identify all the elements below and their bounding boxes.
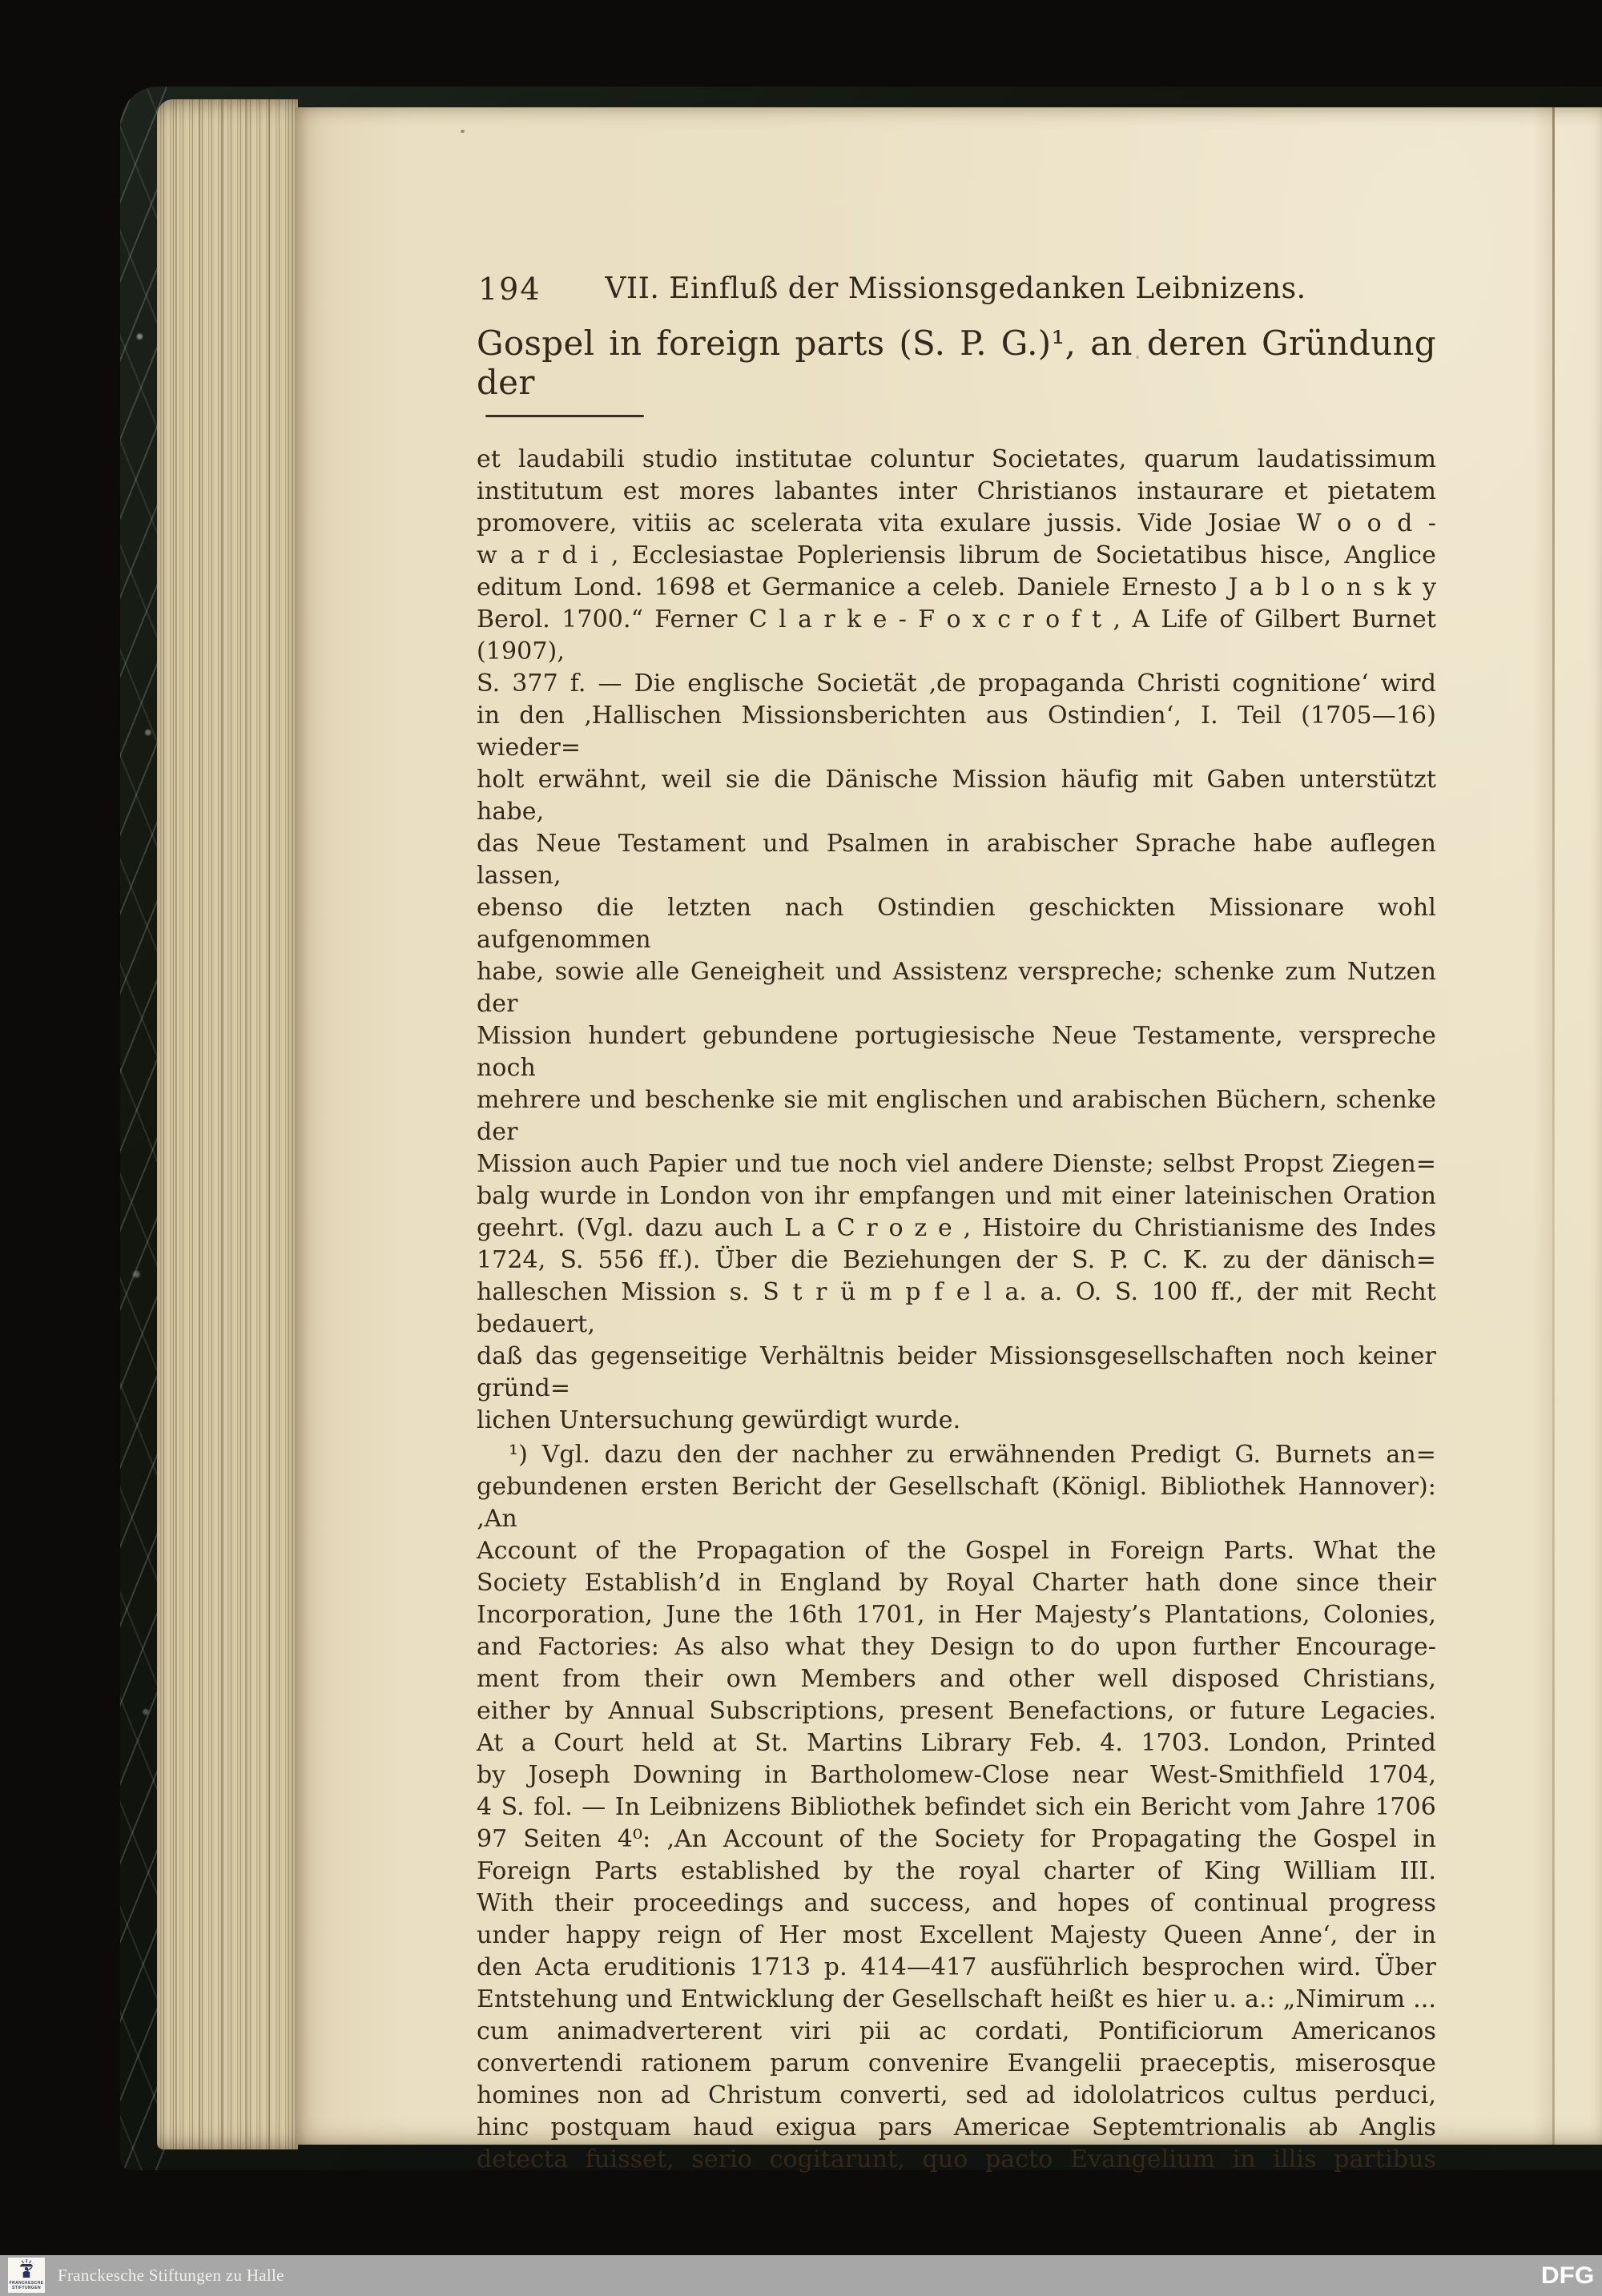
footnote-line: balg wurde in London von ihr empfangen u… [477, 1180, 1436, 1212]
footnote-line: homines non ad Christum converti, sed ad… [477, 2080, 1436, 2112]
institution-logo-text-line2: STIFTUNGEN [12, 2286, 41, 2291]
footnote-block: et laudabili studio institutae coluntur … [477, 444, 1436, 2176]
footer-institution-label: Franckesche Stiftungen zu Halle [58, 2255, 284, 2296]
footnote-line: and Factories: As also what they Design … [477, 1631, 1436, 1663]
footnote-line: lichen Untersuchung gewürdigt wurde. [477, 1405, 1436, 1437]
footnote-line: 1724, S. 556 ff.). Über die Beziehungen … [477, 1245, 1436, 1277]
footnote-line: holt erwähnt, weil sie die Dänische Miss… [477, 764, 1436, 828]
footnote-line: convertendi rationem parum convenire Eva… [477, 2048, 1436, 2080]
footnote-line: et laudabili studio institutae coluntur … [477, 444, 1436, 476]
footnote-line: daß das gegenseitige Verhältnis beider M… [477, 1341, 1436, 1405]
running-header-row: 194 VII. Einfluß der Missionsgedanken Le… [477, 271, 1435, 311]
gutter-shading [1533, 107, 1554, 2145]
paper-speck [461, 130, 465, 133]
footnote-line: ebenso die letzten nach Ostindien geschi… [477, 892, 1436, 956]
footnote-line: habe, sowie alle Geneigheit und Assisten… [477, 956, 1436, 1020]
footnote-continuation-paragraph: et laudabili studio institutae coluntur … [477, 444, 1436, 1437]
footnote-line: hinc postquam haud exigua pars Americae … [477, 2112, 1436, 2144]
footnote-line: cum animadverterent viri pii ac cordati,… [477, 2016, 1436, 2048]
gutter-crease [1552, 107, 1555, 2145]
footnote-line: geehrt. (Vgl. dazu auch L a C r o z e , … [477, 1212, 1436, 1245]
footnote-line: das Neue Testament und Psalmen in arabis… [477, 828, 1436, 892]
footnote-line: With their proceedings and success, and … [477, 1888, 1436, 1920]
footnote-line: ment from their own Members and other we… [477, 1663, 1436, 1695]
scanned-book-page: 194 VII. Einfluß der Missionsgedanken Le… [0, 0, 1602, 2296]
footnote-line: At a Court held at St. Martins Library F… [477, 1727, 1436, 1759]
footnote-line: under happy reign of Her most Excellent … [477, 1920, 1436, 1952]
footnote-separator-rule [485, 415, 644, 417]
footnote-line: Account of the Propagation of the Gospel… [477, 1535, 1436, 1567]
footnote-line: promovere, vitiis ac scelerata vita exul… [477, 508, 1436, 540]
footnote-line: halleschen Mission s. S t r ü m p f e l … [477, 1277, 1436, 1341]
footnote-line: 4 S. fol. — In Leibnizens Bibliothek bef… [477, 1791, 1436, 1824]
page-number: 194 [478, 271, 541, 307]
footnote-line: Foreign Parts established by the royal c… [477, 1856, 1436, 1888]
footnote-line: ¹) Vgl. dazu den der nachher zu erwähnen… [477, 1439, 1436, 1471]
footnote-line: Mission auch Papier und tue noch viel an… [477, 1148, 1436, 1180]
footnote-line: Berol. 1700.“ Ferner C l a r k e - F o x… [477, 604, 1436, 668]
dfg-logo: DFG [1541, 2255, 1594, 2296]
running-header: VII. Einfluß der Missionsgedanken Leibni… [477, 271, 1435, 305]
footnote-1-paragraph: ¹) Vgl. dazu den der nachher zu erwähnen… [477, 1439, 1436, 2176]
footnote-line: by Joseph Downing in Bartholomew-Close n… [477, 1759, 1436, 1791]
footnote-line: editum Lond. 1698 et Germanice a celeb. … [477, 572, 1436, 604]
footnote-line: Mission hundert gebundene portugiesische… [477, 1020, 1436, 1084]
page-edge-stack [157, 99, 298, 2149]
institution-logo-box: FRANCKESCHE STIFTUNGEN [8, 2258, 45, 2293]
digitization-footer-bar: FRANCKESCHE STIFTUNGEN Franckesche Stift… [0, 2255, 1602, 2296]
footnote-line: Entstehung und Entwicklung der Gesellsch… [477, 1984, 1436, 2016]
footnote-line: institutum est mores labantes inter Chri… [477, 476, 1436, 508]
body-text-line: Gospel in foreign parts (S. P. G.)¹, an … [477, 324, 1436, 402]
footnote-line: w a r d i , Ecclesiastae Popleriensis li… [477, 540, 1436, 572]
footnote-line: gebundenen ersten Bericht der Gesellscha… [477, 1471, 1436, 1535]
book-page: 194 VII. Einfluß der Missionsgedanken Le… [295, 107, 1602, 2145]
footnote-line: mehrere und beschenke sie mit englischen… [477, 1084, 1436, 1148]
institution-emblem-icon [16, 2259, 37, 2282]
footnote-line: in den ‚Hallischen Missionsberichten aus… [477, 700, 1436, 764]
footnote-line: detecta fuisset, serio cogitarunt, quo p… [477, 2144, 1436, 2176]
footnote-line: either by Annual Subscriptions, present … [477, 1695, 1436, 1727]
footnote-line: S. 377 f. — Die englische Societät ‚de p… [477, 668, 1436, 700]
footnote-line: den Acta eruditionis 1713 p. 414—417 aus… [477, 1952, 1436, 1984]
footnote-line: Incorporation, June the 16th 1701, in He… [477, 1599, 1436, 1631]
footnote-line: 97 Seiten 4⁰: ‚An Account of the Society… [477, 1824, 1436, 1856]
footnote-line: Society Establish’d in England by Royal … [477, 1567, 1436, 1599]
